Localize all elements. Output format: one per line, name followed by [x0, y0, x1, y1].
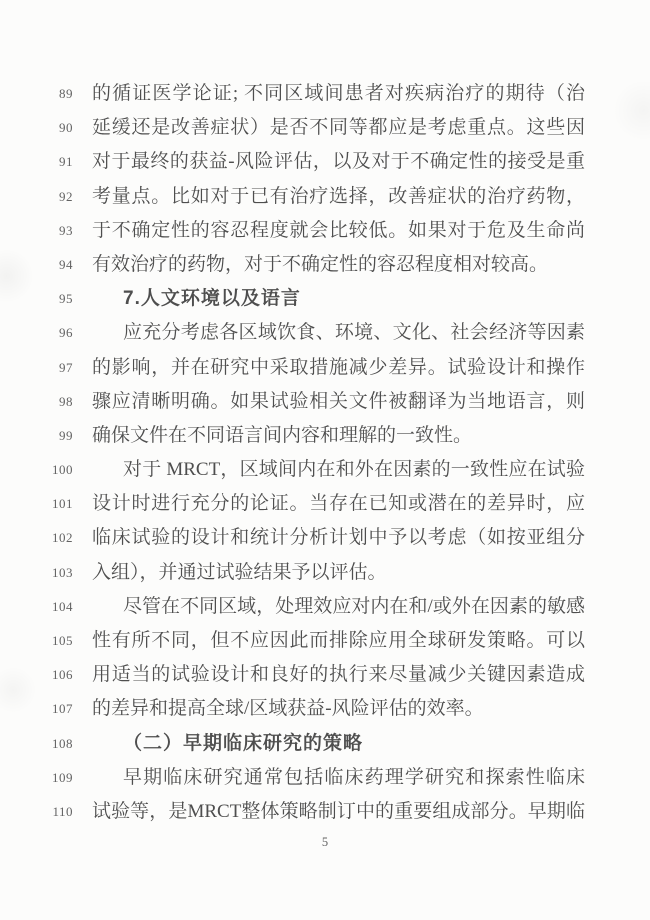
- line-number: 92: [0, 180, 73, 214]
- body-text: 临床试验的设计和统计分析计划中予以考虑（如按亚组分层: [92, 521, 585, 555]
- line-number: 104: [0, 590, 73, 624]
- text-line: 91对于最终的获益-风险评估，以及对于不确定性的接受是重要: [0, 145, 650, 179]
- line-number: 95: [0, 282, 73, 316]
- line-number: 106: [0, 658, 73, 692]
- text-line: 103入组），并通过试验结果予以评估。: [0, 556, 650, 590]
- text-line: 102临床试验的设计和统计分析计划中予以考虑（如按亚组分层: [0, 521, 650, 555]
- page-number: 5: [322, 835, 328, 849]
- section-heading: （二）早期临床研究的策略: [92, 727, 585, 761]
- text-line: 109早期临床研究通常包括临床药理学研究和探索性临床: [0, 761, 650, 795]
- text-line: 105性有所不同，但不应因此而排除应用全球研发策略。可以采: [0, 624, 650, 658]
- line-number: 93: [0, 214, 73, 248]
- text-line: 104尽管在不同区域，处理效应对内在和/或外在因素的敏感: [0, 590, 650, 624]
- page-footer: 5: [0, 833, 650, 851]
- body-text: 的影响，并在研究中采取措施减少差异。试验设计和操作步: [92, 351, 585, 385]
- line-number: 96: [0, 316, 73, 350]
- body-text: 早期临床研究通常包括临床药理学研究和探索性临床: [92, 761, 585, 795]
- line-number: 103: [0, 556, 73, 590]
- line-number: 94: [0, 248, 73, 282]
- text-line: 99确保文件在不同语言间内容和理解的一致性。: [0, 419, 650, 453]
- text-line: 97的影响，并在研究中采取措施减少差异。试验设计和操作步: [0, 351, 650, 385]
- text-line: 90延缓还是改善症状）是否不同等都应是考虑重点。这些因素: [0, 111, 650, 145]
- section-heading: 7.人文环境以及语言: [92, 282, 585, 316]
- text-line: 100对于 MRCT，区域间内在和外在因素的一致性应在试验: [0, 453, 650, 487]
- line-number: 90: [0, 111, 73, 145]
- text-line: 106用适当的试验设计和良好的执行来尽量减少关键因素造成: [0, 658, 650, 692]
- line-number: 107: [0, 692, 73, 726]
- body-text: 用适当的试验设计和良好的执行来尽量减少关键因素造成: [92, 658, 585, 692]
- line-number: 102: [0, 521, 73, 555]
- text-line: 107的差异和提高全球/区域获益-风险评估的效率。: [0, 692, 650, 726]
- body-text: 延缓还是改善症状）是否不同等都应是考虑重点。这些因素: [92, 111, 585, 145]
- line-number: 110: [0, 795, 73, 829]
- line-number: 91: [0, 145, 73, 179]
- body-text: 确保文件在不同语言间内容和理解的一致性。: [92, 419, 585, 453]
- text-line: 96应充分考虑各区域饮食、环境、文化、社会经济等因素: [0, 316, 650, 350]
- line-number: 99: [0, 419, 73, 453]
- line-number: 105: [0, 624, 73, 658]
- document-body: 89的循证医学论证; 不同区域间患者对疾病治疗的期待（治愈、90延缓还是改善症状…: [0, 77, 650, 829]
- text-line: 94有效治疗的药物，对于不确定性的容忍程度相对较高。: [0, 248, 650, 282]
- body-text: 的差异和提高全球/区域获益-风险评估的效率。: [92, 692, 585, 726]
- text-line: 110试验等，是MRCT整体策略制订中的重要组成部分。早期临: [0, 795, 650, 829]
- line-number: 108: [0, 727, 73, 761]
- body-text: 对于最终的获益-风险评估，以及对于不确定性的接受是重要: [92, 145, 585, 179]
- line-number: 101: [0, 487, 73, 521]
- body-text: 骤应清晰明确。如果试验相关文件被翻译为当地语言，则应: [92, 385, 585, 419]
- text-line: 93于不确定性的容忍程度就会比较低。如果对于危及生命尚无: [0, 214, 650, 248]
- body-text: 于不确定性的容忍程度就会比较低。如果对于危及生命尚无: [92, 214, 585, 248]
- line-number: 109: [0, 761, 73, 795]
- body-text: 有效治疗的药物，对于不确定性的容忍程度相对较高。: [92, 248, 585, 282]
- text-line: 101设计时进行充分的论证。当存在已知或潜在的差异时，应在: [0, 487, 650, 521]
- body-text: 试验等，是MRCT整体策略制订中的重要组成部分。早期临: [92, 795, 585, 829]
- text-line: 957.人文环境以及语言: [0, 282, 650, 316]
- body-text: 应充分考虑各区域饮食、环境、文化、社会经济等因素: [92, 316, 585, 350]
- line-number: 89: [0, 77, 73, 111]
- body-text: 对于 MRCT，区域间内在和外在因素的一致性应在试验: [92, 453, 585, 487]
- body-text: 的循证医学论证; 不同区域间患者对疾病治疗的期待（治愈、: [92, 77, 585, 111]
- text-line: 89的循证医学论证; 不同区域间患者对疾病治疗的期待（治愈、: [0, 77, 650, 111]
- text-line: 108（二）早期临床研究的策略: [0, 727, 650, 761]
- document-page: 89的循证医学论证; 不同区域间患者对疾病治疗的期待（治愈、90延缓还是改善症状…: [0, 0, 650, 920]
- line-number: 97: [0, 351, 73, 385]
- line-number: 98: [0, 385, 73, 419]
- line-number: 100: [0, 453, 73, 487]
- body-text: 考量点。比如对于已有治疗选择，改善症状的治疗药物，对: [92, 180, 585, 214]
- body-text: 入组），并通过试验结果予以评估。: [92, 556, 585, 590]
- body-text: 性有所不同，但不应因此而排除应用全球研发策略。可以采: [92, 624, 585, 658]
- body-text: 尽管在不同区域，处理效应对内在和/或外在因素的敏感: [92, 590, 585, 624]
- text-line: 92考量点。比如对于已有治疗选择，改善症状的治疗药物，对: [0, 180, 650, 214]
- body-text: 设计时进行充分的论证。当存在已知或潜在的差异时，应在: [92, 487, 585, 521]
- text-line: 98骤应清晰明确。如果试验相关文件被翻译为当地语言，则应: [0, 385, 650, 419]
